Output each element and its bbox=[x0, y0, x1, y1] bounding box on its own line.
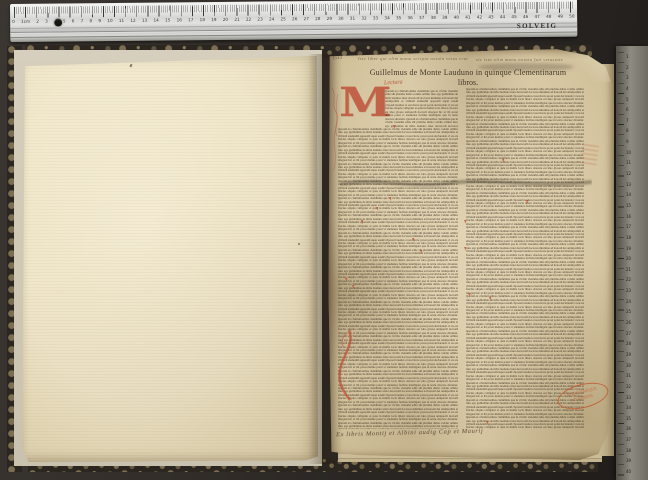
tick-label: 0 bbox=[12, 18, 15, 25]
vtick-label: 8 bbox=[626, 129, 631, 133]
rubric-mark: ¶ bbox=[489, 297, 491, 301]
vtick-label: 5 bbox=[626, 98, 631, 102]
vtick-label: 15 bbox=[626, 204, 631, 208]
ruler-hanging-hole bbox=[54, 19, 62, 27]
vtick-label: 14 bbox=[626, 193, 631, 197]
rubric-mark: ¶ bbox=[361, 220, 363, 224]
page-title-line1: Guillelmus de Monte Lauduno in quinque C… bbox=[342, 68, 594, 77]
rubric-mark: ¶ bbox=[464, 220, 466, 224]
vtick-label: 29 bbox=[626, 353, 631, 357]
vtick-label: 30 bbox=[626, 364, 631, 368]
vtick-label: 34 bbox=[626, 406, 631, 410]
tick-label: 36 bbox=[407, 14, 412, 21]
vtick-label: 25 bbox=[626, 310, 631, 314]
vertical-ruler-labels: 1234567891011121314151617181920212223242… bbox=[626, 55, 631, 474]
tick-label: 34 bbox=[384, 14, 389, 21]
tick-label: 15 bbox=[165, 16, 170, 23]
tick-label: 28 bbox=[315, 15, 320, 22]
vtick-label: 6 bbox=[626, 108, 631, 112]
vtick-label: 21 bbox=[626, 268, 631, 272]
text-column-right: Quoniā ex cōstitutionibus clemētinis que… bbox=[466, 88, 584, 429]
tick-label: 22 bbox=[246, 16, 251, 23]
tick-label: 39 bbox=[442, 14, 447, 21]
tick-label: 43 bbox=[488, 13, 493, 20]
tick-label: 41 bbox=[465, 14, 470, 21]
rubric-mark: ¶ bbox=[412, 238, 414, 242]
vtick-label: 31 bbox=[626, 374, 631, 378]
tick-label: 35 bbox=[396, 14, 401, 21]
ruler-brand-label: SOLVEIG bbox=[517, 22, 557, 30]
vtick-label: 17 bbox=[626, 225, 631, 229]
vtick-label: 18 bbox=[626, 236, 631, 240]
tick-label: 7 bbox=[81, 17, 84, 24]
tick-label: 24 bbox=[269, 15, 274, 22]
tick-label: 16 bbox=[177, 16, 182, 23]
rubric-mark: ¶ bbox=[376, 207, 378, 211]
vtick-label: 35 bbox=[626, 417, 631, 421]
vtick-label: 33 bbox=[626, 396, 631, 400]
right-printed-page: 1513 Iste liber qui olim manu scripta no… bbox=[328, 48, 614, 460]
vtick-label: 27 bbox=[626, 332, 631, 336]
tick-label: 30 bbox=[338, 15, 343, 22]
vtick-label: 1 bbox=[626, 55, 631, 59]
vtick-label: 13 bbox=[626, 183, 631, 187]
vtick-label: 4 bbox=[626, 87, 631, 91]
red-marginal-mark bbox=[581, 141, 600, 165]
tick-label: 46 bbox=[523, 13, 528, 20]
vtick-label: 19 bbox=[626, 247, 631, 251]
vtick-label: 11 bbox=[626, 161, 631, 165]
tick-label: 12 bbox=[130, 17, 135, 24]
rubric-mark: ¶ bbox=[345, 278, 347, 282]
tick-label: 17 bbox=[188, 16, 193, 23]
rubric-mark: ¶ bbox=[389, 197, 391, 201]
red-pen-trials bbox=[328, 84, 344, 184]
paper-speck bbox=[130, 64, 132, 67]
tick-label: 14 bbox=[153, 17, 158, 24]
vtick-label: 12 bbox=[626, 172, 631, 176]
tick-label: 2 bbox=[36, 18, 39, 25]
rubric-mark: ¶ bbox=[420, 250, 422, 254]
vtick-label: 10 bbox=[626, 151, 631, 155]
rubric-mark: ¶ bbox=[486, 421, 488, 425]
tick-label: 1cm bbox=[21, 18, 30, 25]
horizontal-ruler: 01cm234567891011121314151617181920212223… bbox=[10, 0, 577, 42]
tick-label: 6 bbox=[72, 17, 75, 24]
vtick-label: 37 bbox=[626, 438, 631, 442]
text-column-left: Quoniā ex cōstitutionibus clemētinis que… bbox=[338, 128, 458, 429]
vertical-ruler: 1234567891011121314151617181920212223242… bbox=[616, 46, 648, 480]
rubric-mark: ¶ bbox=[526, 200, 528, 204]
tick-label: 29 bbox=[327, 15, 332, 22]
tick-label: 44 bbox=[500, 13, 505, 20]
vtick-label: 38 bbox=[626, 449, 631, 453]
vtick-label: 24 bbox=[626, 300, 631, 304]
vtick-label: 9 bbox=[626, 140, 631, 144]
tick-label: 40 bbox=[454, 14, 459, 21]
rubric-mark: ¶ bbox=[352, 285, 354, 289]
tick-label: 42 bbox=[477, 13, 482, 20]
rubric-mark: ¶ bbox=[502, 159, 504, 163]
tick-label: 25 bbox=[280, 15, 285, 22]
paper-speck bbox=[298, 243, 300, 245]
tick-label: 37 bbox=[419, 14, 424, 21]
folio-mark: 1513 bbox=[332, 56, 342, 62]
tick-label: 19 bbox=[211, 16, 216, 23]
vtick-label: 39 bbox=[626, 459, 631, 463]
vtick-label: 16 bbox=[626, 215, 631, 219]
tick-label: 49 bbox=[558, 13, 563, 20]
tick-label: 11 bbox=[119, 17, 124, 24]
vtick-label: 7 bbox=[626, 119, 631, 123]
rubric-mark: ¶ bbox=[468, 293, 470, 297]
tick-label: 26 bbox=[292, 15, 297, 22]
tick-label: 31 bbox=[350, 15, 355, 22]
manuscript-annotation-left: Iste liber qui olim manu scripta notula … bbox=[358, 56, 470, 61]
vtick-label: 32 bbox=[626, 385, 631, 389]
tick-label: 48 bbox=[546, 13, 551, 20]
rubric-mark: ¶ bbox=[464, 247, 466, 251]
tick-label: 50 bbox=[569, 13, 574, 20]
tick-label: 45 bbox=[511, 13, 516, 20]
photo-backdrop: 01cm234567891011121314151617181920212223… bbox=[0, 0, 648, 480]
vtick-label: 3 bbox=[626, 76, 631, 80]
tick-label: 13 bbox=[142, 17, 147, 24]
tick-label: 47 bbox=[534, 13, 539, 20]
tick-label: 23 bbox=[257, 16, 262, 23]
text-column-left-top: Quoniā ex cōstitutionibus clemētinis que… bbox=[385, 90, 458, 128]
tick-label: 38 bbox=[431, 14, 436, 21]
vtick-label: 20 bbox=[626, 257, 631, 261]
tick-label: 9 bbox=[98, 17, 101, 24]
tick-label: 32 bbox=[361, 15, 366, 22]
red-lombard-initial: M bbox=[339, 84, 391, 122]
tick-label: 21 bbox=[234, 16, 239, 23]
tick-label: 18 bbox=[200, 16, 205, 23]
vtick-label: 40 bbox=[626, 470, 631, 474]
tick-label: 5 bbox=[63, 17, 66, 24]
vtick-label: 26 bbox=[626, 321, 631, 325]
tick-label: 3 bbox=[45, 18, 48, 25]
vtick-label: 2 bbox=[626, 66, 631, 70]
rubric-mark: ¶ bbox=[393, 125, 395, 129]
left-flyleaf-page bbox=[22, 56, 318, 462]
tick-label: 27 bbox=[304, 15, 309, 22]
tick-label: 20 bbox=[223, 16, 228, 23]
tick-label: 10 bbox=[107, 17, 112, 24]
vtick-label: 23 bbox=[626, 289, 631, 293]
vtick-label: 28 bbox=[626, 342, 631, 346]
vtick-label: 22 bbox=[626, 278, 631, 282]
tick-label: 8 bbox=[90, 17, 93, 24]
vtick-label: 36 bbox=[626, 427, 631, 431]
tick-label: 33 bbox=[373, 14, 378, 21]
vertical-ruler-ticks bbox=[618, 52, 624, 476]
manuscript-annotation-right: sic ista olim manu notata fuit vetustate bbox=[476, 57, 582, 62]
red-margin-flourish bbox=[332, 328, 356, 406]
